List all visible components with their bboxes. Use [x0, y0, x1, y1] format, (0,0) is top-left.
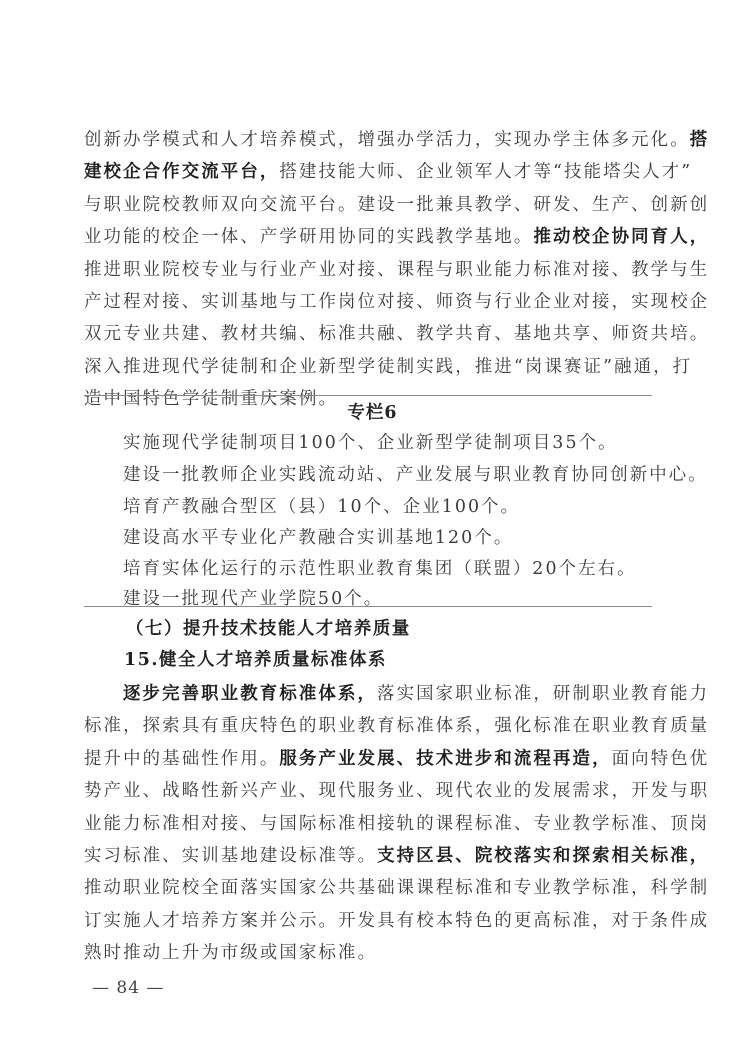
bold-text-run: 搭 [690, 130, 710, 150]
bold-text-run: 建校企合作交流平台， [84, 162, 279, 182]
paragraph-line: 提升中的基础性作用。服务产业发展、技术进步和流程再造，面向特色优 [84, 743, 652, 775]
paragraph-line: 势产业、战略性新兴产业、现代服务业、现代农业的发展需求，开发与职 [84, 775, 652, 807]
page-number: — 84 — [92, 976, 164, 1000]
paragraph-line: 熟时推动上升为市级或国家标准。 [84, 937, 652, 969]
paragraph-line: 与职业院校教师双向交流平台。建设一批兼具教学、研发、生产、创新创 [84, 189, 652, 221]
text-run: 标准，探索具有重庆特色的职业教育标准体系，强化标准在职业教育质量 [84, 716, 709, 736]
text-run: 面向特色优 [612, 749, 710, 769]
bold-text-run: 服务产业发展、技术进步和流程再造， [279, 749, 611, 769]
section-heading: （七）提升技术技能人才培养质量 [126, 614, 411, 644]
text-run: 业能力标准相对接、与国际标准相接轨的课程标准、专业教学标准、顶岗 [84, 814, 709, 834]
text-run: 双元专业共建、教材共编、标准共融、教学共育、基地共享、师资共培。 [84, 324, 709, 344]
paragraph-line: 业能力标准相对接、与国际标准相接轨的课程标准、专业教学标准、顶岗 [84, 808, 652, 840]
text-run: 落实国家职业标准，研制职业教育能力 [377, 684, 709, 704]
text-run: 产过程对接、实训基地与工作岗位对接、师资与行业企业对接，实现校企 [84, 292, 709, 312]
text-run: 创新办学模式和人才培养模式，增强办学活力，实现办学主体多元化。 [84, 130, 690, 150]
text-run: 推动职业院校全面落实国家公共基础课课程标准和专业教学标准，科学制 [84, 878, 709, 898]
paragraph-line: 创新办学模式和人才培养模式，增强办学活力，实现办学主体多元化。搭 [84, 124, 652, 156]
text-run: 订实施人才培养方案并公示。开发具有校本特色的更高标准，对于条件成 [84, 911, 709, 931]
column-box-item: 实施现代学徒制项目100个、企业新型学徒制项目35个。 [123, 428, 618, 458]
bold-text-run: 推动校企协同育人， [533, 227, 709, 247]
paragraph-line: 逐步完善职业教育标准体系，落实国家职业标准，研制职业教育能力 [123, 678, 652, 710]
document-page: 创新办学模式和人才培养模式，增强办学活力，实现办学主体多元化。搭建校企合作交流平… [0, 0, 745, 1056]
text-run: 搭建技能大师、企业领军人才等“技能塔尖人才” [279, 162, 692, 182]
paragraph-line: 推进职业院校专业与行业产业对接、课程与职业能力标准对接、教学与生 [84, 254, 652, 286]
paragraph-line: 订实施人才培养方案并公示。开发具有校本特色的更高标准，对于条件成 [84, 905, 652, 937]
column-box-item: 建设高水平专业化产教融合实训基地120个。 [123, 523, 513, 553]
text-run: 实习标准、实训基地建设标准等。 [84, 846, 377, 866]
column-box-item: 培育产教融合型区（县）10个、企业100个。 [123, 492, 520, 522]
text-run: 熟时推动上升为市级或国家标准。 [84, 943, 377, 963]
column-box-bottom-rule [84, 606, 652, 607]
column-box-item: 建设一批教师企业实践流动站、产业发展与职业教育协同创新中心。 [123, 460, 708, 490]
section-subheading: 15.健全人才培养质量标准体系 [124, 645, 387, 675]
paragraph-line: 标准，探索具有重庆特色的职业教育标准体系，强化标准在职业教育质量 [84, 710, 652, 742]
paragraph-line: 建校企合作交流平台，搭建技能大师、企业领军人才等“技能塔尖人才” [84, 156, 652, 188]
column-box-item: 培育实体化运行的示范性职业教育集团（联盟）20个左右。 [123, 554, 637, 584]
column-box-top-rule [84, 395, 652, 396]
paragraph-line: 双元专业共建、教材共编、标准共融、教学共育、基地共享、师资共培。 [84, 318, 652, 350]
bold-text-run: 逐步完善职业教育标准体系， [123, 684, 377, 704]
text-run: 势产业、战略性新兴产业、现代服务业、现代农业的发展需求，开发与职 [84, 781, 709, 801]
column-box-title: 专栏6 [0, 398, 745, 428]
text-run: 与职业院校教师双向交流平台。建设一批兼具教学、研发、生产、创新创 [84, 195, 709, 215]
paragraph-line: 实习标准、实训基地建设标准等。支持区县、院校落实和探索相关标准， [84, 840, 652, 872]
paragraph-line: 深入推进现代学徒制和企业新型学徒制实践，推进“岗课赛证”融通，打 [84, 351, 652, 383]
text-run: 业功能的校企一体、产学研用协同的实践教学基地。 [84, 227, 533, 247]
text-run: 推进职业院校专业与行业产业对接、课程与职业能力标准对接、教学与生 [84, 260, 709, 280]
paragraph-line: 产过程对接、实训基地与工作岗位对接、师资与行业企业对接，实现校企 [84, 286, 652, 318]
paragraph-line: 业功能的校企一体、产学研用协同的实践教学基地。推动校企协同育人， [84, 221, 652, 253]
text-run: 提升中的基础性作用。 [84, 749, 279, 769]
column-box-item: 建设一批现代产业学院50个。 [123, 584, 383, 614]
text-run: 深入推进现代学徒制和企业新型学徒制实践，推进“岗课赛证”融通，打 [84, 357, 692, 377]
bold-text-run: 支持区县、院校落实和探索相关标准， [377, 846, 709, 866]
paragraph-line: 推动职业院校全面落实国家公共基础课课程标准和专业教学标准，科学制 [84, 872, 652, 904]
